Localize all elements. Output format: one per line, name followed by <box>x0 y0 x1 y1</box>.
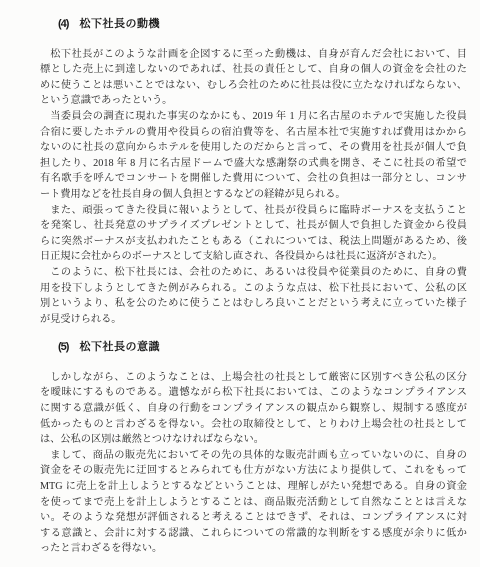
section-4-number: (4) <box>58 17 68 33</box>
text-line: 合宿に要したホテルの費用や役員らの宿泊費等を、名古屋本社で実施すれば費用はかから <box>40 125 467 141</box>
section-5-number: (5) <box>58 340 68 356</box>
text-line: 資金をその販売先に迂回するとみられても仕方がない方法により提供して、これをもって <box>40 463 467 479</box>
text-line: を使ってまで売上を計上しようとすることは、商品販売活動として自然なこととは言えな <box>40 495 467 511</box>
section-4-heading: (4)松下社長の動機 <box>58 17 467 33</box>
text-line: 低かったものと言わざるを得ない。会社の取締役として、とりわけ上場会社の社長として <box>40 417 467 433</box>
text-line: めに使うことは悪いことではない、むしろ会社のために社長は役に立たなければならない… <box>40 78 467 94</box>
text-line: しかしながら、このようなことは、上場会社の社長として厳密に区別すべき公私の区分 <box>40 370 467 386</box>
text-line: は、公私の区別は厳然とつけなければならない。 <box>40 432 467 448</box>
section-5-title: 松下社長の意識 <box>79 341 160 353</box>
text-line: 担したり、2018 年 8 月に名古屋ドームで盛大な感謝祭の式典を開き、そこに社… <box>40 156 467 172</box>
paragraph-motive-summary: このように、松下社長には、会社のために、あるいは役員や従業員のために、自身の費 … <box>40 265 467 327</box>
paragraph-bonus: また、頑張ってきた役員に報いようとして、社長が役員らに臨時ボーナスを支払うこと … <box>40 203 467 265</box>
text-line: MTG に売上を計上しようとするなどということは、理解しがたい発想である。自身の… <box>40 479 467 495</box>
text-line: を発案し、社長発意のサプライズプレゼントとして、社長が個人で負担した資金から役員 <box>40 218 467 234</box>
section-5-heading: (5)松下社長の意識 <box>58 340 467 356</box>
text-line: このように、松下社長には、会社のために、あるいは役員や従業員のために、自身の費 <box>40 265 467 281</box>
text-line: らに突然ボーナスが支払われたこともある（これについては、税法上問題があるため、後 <box>40 234 467 250</box>
text-line: また、頑張ってきた役員に報いようとして、社長が役員らに臨時ボーナスを支払うこと <box>40 203 467 219</box>
paragraph-sales-judgment: まして、商品の販売先においてその先の具体的な販売計画も立っていないのに、自身の … <box>40 448 467 557</box>
text-line: ったと言わざるを得ない。 <box>40 541 467 557</box>
text-line: 用を投下しようとしてきた例がみられる。このような点は、松下社長において、公私の区 <box>40 281 467 297</box>
text-line: が見受けられる。 <box>40 312 467 328</box>
text-line: 松下社長がこのような計画を企図するに至った動機は、自身が育んだ会社において、目 <box>40 47 467 63</box>
document-page: (4)松下社長の動機 松下社長がこのような計画を企図するに至った動機は、自身が育… <box>0 0 480 567</box>
text-line: 有名歌手を呼んでコンサートを開催した費用について、会社の負担は一部分とし、コンサ <box>40 171 467 187</box>
text-line: 別というより、私を公のために使うことはむしろ良いことだという考えに立っていた様子 <box>40 296 467 312</box>
paragraph-compliance: しかしながら、このようなことは、上場会社の社長として厳密に区別すべき公私の区分 … <box>40 370 467 448</box>
text-line: 標とした売上に到達しないのであれば、社長の責任として、自身の個人の資金を会社のた <box>40 62 467 78</box>
section-4-motive: (4)松下社長の動機 松下社長がこのような計画を企図するに至った動機は、自身が育… <box>40 17 467 327</box>
text-line: という意識であったという。 <box>40 93 467 109</box>
section-4-title: 松下社長の動機 <box>79 18 160 30</box>
paragraph-hotel-concert: 当委員会の調査に現れた事実のなかにも、2019 年 1 月に名古屋のホテルで実施… <box>40 109 467 203</box>
text-line: 当委員会の調査に現れた事実のなかにも、2019 年 1 月に名古屋のホテルで実施… <box>40 109 467 125</box>
text-line: ないのに社長の意向からホテルを使用したのだからと言って、その費用を社長が個人で負 <box>40 140 467 156</box>
section-5-awareness: (5)松下社長の意識 しかしながら、このようなことは、上場会社の社長として厳密に… <box>40 340 467 557</box>
text-line: 日正規に会社からのボーナスとして支給し直され、各役員からは社長に返済がされた）。 <box>40 249 467 265</box>
text-line: い。そのような発想が評価されると考えることはできず、それは、コンプライアンスに対 <box>40 510 467 526</box>
text-line: を曖昧にするものである。遺憾ながら松下社長においては、このようなコンプライアンス <box>40 385 467 401</box>
text-line: する意識と、会計に対する認識、これらについての常識的な判断をする感度が余りに低か <box>40 526 467 542</box>
text-line: に関する意識が低く、自身の行動をコンプライアンスの観点から観察し、規制する感度が <box>40 401 467 417</box>
text-line: ート費用などを社長自身の個人負担とするなどの経緯が見られる。 <box>40 187 467 203</box>
paragraph-motive-intro: 松下社長がこのような計画を企図するに至った動機は、自身が育んだ会社において、目 … <box>40 47 467 109</box>
text-line: まして、商品の販売先においてその先の具体的な販売計画も立っていないのに、自身の <box>40 448 467 464</box>
